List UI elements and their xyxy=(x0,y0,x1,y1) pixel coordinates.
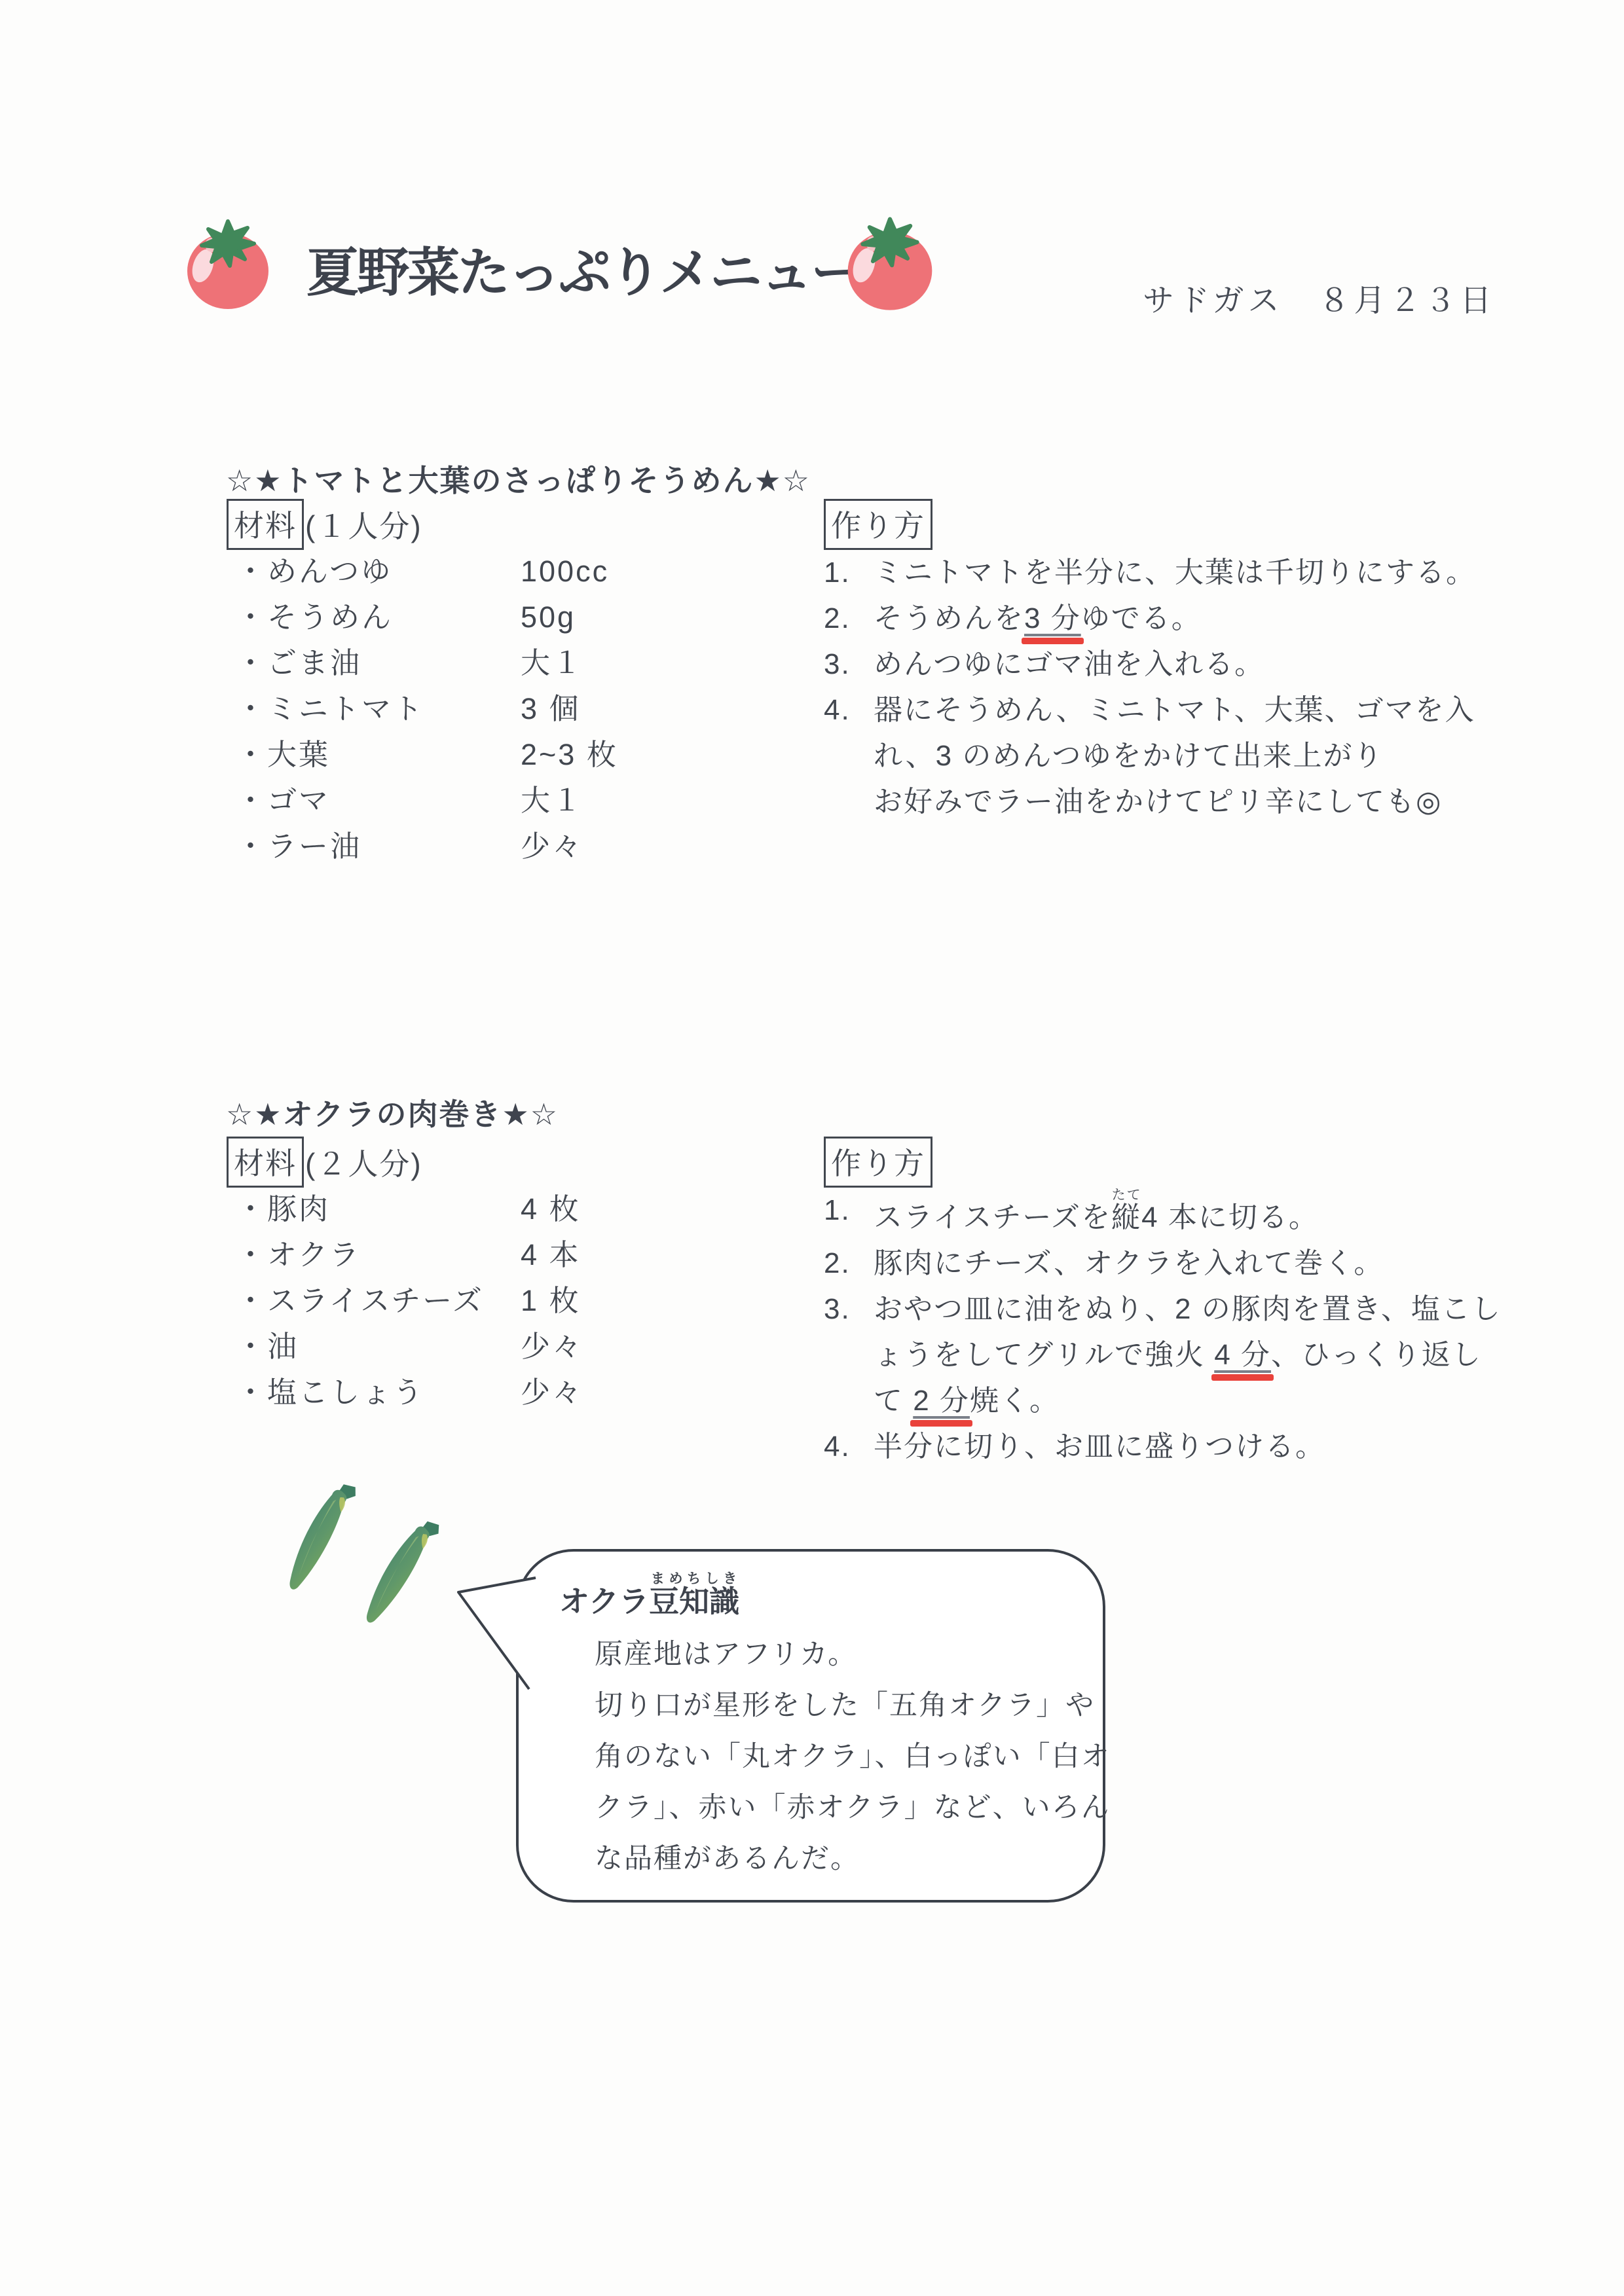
recipe2-heading: ☆★オクラの肉巻き★☆ xyxy=(226,1091,559,1134)
ingredient-row: ・めんつゆ100cc xyxy=(236,550,825,596)
red-underlined-text: 3 分 xyxy=(1024,602,1081,634)
recipe1-instructions-label: 作り方 xyxy=(824,499,932,550)
ingredient-row: ・大葉2~3 枚 xyxy=(236,733,825,779)
recipe1-heading: ☆★トマトと大葉のさっぱりそうめん★☆ xyxy=(226,457,811,500)
step: 3. めんつゆにゴマ油を入れる。 xyxy=(824,642,1485,687)
step: 2. そうめんを3 分ゆでる。 xyxy=(824,596,1485,642)
recipe-page: 夏野菜たっぷりメニュー サドガス ８月２３日 ☆★トマトと大葉のさっぱりそうめん… xyxy=(0,0,1624,2296)
ingredient-row: ・ミニトマト3 個 xyxy=(236,687,825,733)
bubble-tail xyxy=(452,1569,540,1700)
serving-label: (１人分) xyxy=(305,503,422,546)
tomato-icon xyxy=(836,208,944,316)
red-underlined-text: 2 分 xyxy=(913,1385,970,1417)
recipe2-ingredient-list: ・豚肉4 枚 ・オクラ4 本 ・スライスチーズ1 枚 ・油少々 ・塩こしょう少々 xyxy=(236,1188,825,1417)
step: 2. 豚肉にチーズ、オクラを入れて巻く。 xyxy=(824,1241,1485,1286)
ruby-annotated-text: 縦たて xyxy=(1111,1201,1141,1233)
step: 4. 器にそうめん、ミニトマト、大葉、ゴマを入 れ、3 のめんつゆをかけて出来上… xyxy=(824,687,1485,825)
tomato-icon xyxy=(175,211,280,314)
red-underlined-text: 4 分 xyxy=(1214,1339,1271,1371)
recipe1-ingredient-list: ・めんつゆ100cc ・そうめん50g ・ごま油大１ ・ミニトマト3 個 ・大葉… xyxy=(236,550,825,871)
bubble-text: 原産地はアフリカ。 切り口が星形をした「五角オクラ」や 角のない「丸オクラ」、白… xyxy=(595,1629,1111,1884)
step: 4. 半分に切り、お皿に盛りつける。 xyxy=(824,1424,1485,1470)
ingredient-row: ・塩こしょう少々 xyxy=(236,1371,825,1417)
okra-trivia-bubble: オクラ豆知識まめちしき 原産地はアフリカ。 切り口が星形をした「五角オクラ」や … xyxy=(516,1549,1105,1903)
recipe2-ingredients-label: 材料(２人分) xyxy=(227,1137,422,1188)
ingredient-row: ・ごま油大１ xyxy=(236,642,825,687)
instructions-label: 作り方 xyxy=(824,499,932,550)
ingredients-label: 材料 xyxy=(227,499,304,550)
recipe1-steps: 1. ミニトマトを半分に、大葉は千切りにする。 2. そうめんを3 分ゆでる。 … xyxy=(824,550,1485,825)
recipe1-ingredients-label: 材料(１人分) xyxy=(227,499,422,550)
instructions-label: 作り方 xyxy=(824,1137,932,1188)
recipe2-steps: 1. スライスチーズを縦たて4 本に切る。 2. 豚肉にチーズ、オクラを入れて巻… xyxy=(824,1188,1485,1470)
page-title: 夏野菜たっぷりメニュー xyxy=(306,230,861,306)
recipe2-instructions-label: 作り方 xyxy=(824,1137,932,1188)
ingredient-row: ・油少々 xyxy=(236,1325,825,1371)
step: 1. スライスチーズを縦たて4 本に切る。 xyxy=(824,1188,1485,1241)
ingredients-label: 材料 xyxy=(227,1137,304,1188)
step: 1. ミニトマトを半分に、大葉は千切りにする。 xyxy=(824,550,1485,596)
ingredient-row: ・ラー油少々 xyxy=(236,825,825,871)
ingredient-row: ・スライスチーズ1 枚 xyxy=(236,1279,825,1325)
ingredient-row: ・ゴマ大１ xyxy=(236,779,825,825)
ingredient-row: ・そうめん50g xyxy=(236,596,825,642)
publisher-date: サドガス ８月２３日 xyxy=(1143,275,1496,320)
ingredient-row: ・オクラ4 本 xyxy=(236,1233,825,1279)
serving-label: (２人分) xyxy=(305,1140,422,1184)
bubble-title: オクラ豆知識まめちしき xyxy=(559,1571,739,1621)
ruby-annotated-text: 豆知識まめちしき xyxy=(649,1571,739,1621)
step: 3. おやつ皿に油をぬり、2 の豚肉を置き、塩こし ょうをしてグリルで強火 4 … xyxy=(824,1286,1485,1424)
ingredient-row: ・豚肉4 枚 xyxy=(236,1188,825,1233)
